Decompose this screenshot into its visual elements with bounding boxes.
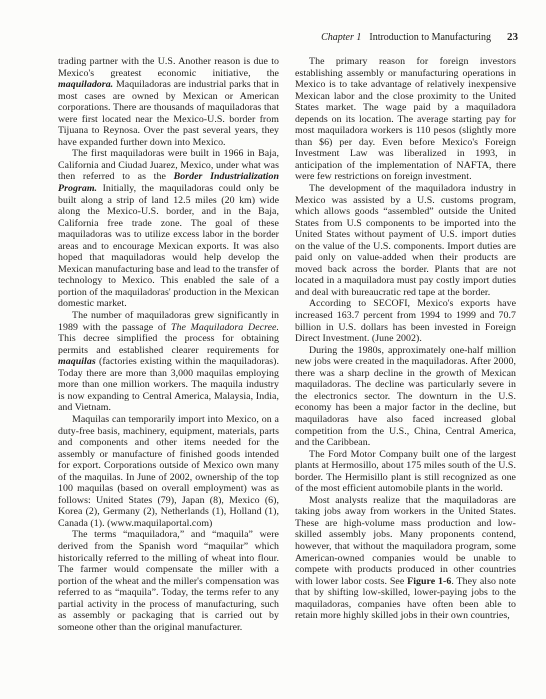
paragraph: The terms “maquiladora,” and “maquila” w… <box>58 529 279 633</box>
paragraph: trading partner with the U.S. Another re… <box>58 56 279 148</box>
text-segment: According to SECOFI, Mexico's exports ha… <box>295 298 516 344</box>
text-segment: This decree simplified the process for o… <box>58 333 279 356</box>
text-segment: During the 1980s, approximately one-half… <box>295 345 516 448</box>
chapter-title: Introduction to Manufacturing <box>369 32 491 43</box>
text-segment: Figure 1-6 <box>407 576 451 587</box>
page-number: 23 <box>507 31 518 43</box>
text-segment: trading partner with the U.S. Another re… <box>58 56 279 79</box>
paragraph: The number of maquiladoras grew signific… <box>58 310 279 414</box>
text-segment: maquiladora. <box>58 79 113 90</box>
paragraph: According to SECOFI, Mexico's exports ha… <box>295 298 516 344</box>
paragraph: The development of the maquiladora indus… <box>295 183 516 298</box>
text-segment: The development of the maquiladora indus… <box>295 183 516 298</box>
text-segment: The primary reason for foreign investors… <box>295 56 516 182</box>
left-column: trading partner with the U.S. Another re… <box>58 56 279 633</box>
paragraph: The first maquiladoras were built in 196… <box>58 148 279 310</box>
paragraph: During the 1980s, approximately one-half… <box>295 345 516 449</box>
text-segment: maquilas <box>58 356 96 367</box>
paragraph: Most analysts realize that the maquilado… <box>295 495 516 622</box>
book-page: Chapter 1Introduction to Manufacturing23… <box>0 0 546 699</box>
text-segment: The Ford Motor Company built one of the … <box>295 449 516 495</box>
text-segment: The Maquiladora Decree. <box>171 322 279 333</box>
chapter-label: Chapter 1 <box>321 32 361 43</box>
text-segment: Initially, the maquiladoras could only b… <box>58 183 279 309</box>
text-segment: The terms “maquiladora,” and “maquila” w… <box>58 529 279 632</box>
text-segment: Maquilas can temporarily import into Mex… <box>58 414 279 529</box>
paragraph: Maquilas can temporarily import into Mex… <box>58 414 279 529</box>
running-header: Chapter 1Introduction to Manufacturing23 <box>0 31 518 43</box>
text-columns: trading partner with the U.S. Another re… <box>58 56 516 633</box>
paragraph: The primary reason for foreign investors… <box>295 56 516 183</box>
text-segment: Most analysts realize that the maquilado… <box>295 495 516 587</box>
paragraph: The Ford Motor Company built one of the … <box>295 449 516 495</box>
right-column: The primary reason for foreign investors… <box>295 56 516 633</box>
